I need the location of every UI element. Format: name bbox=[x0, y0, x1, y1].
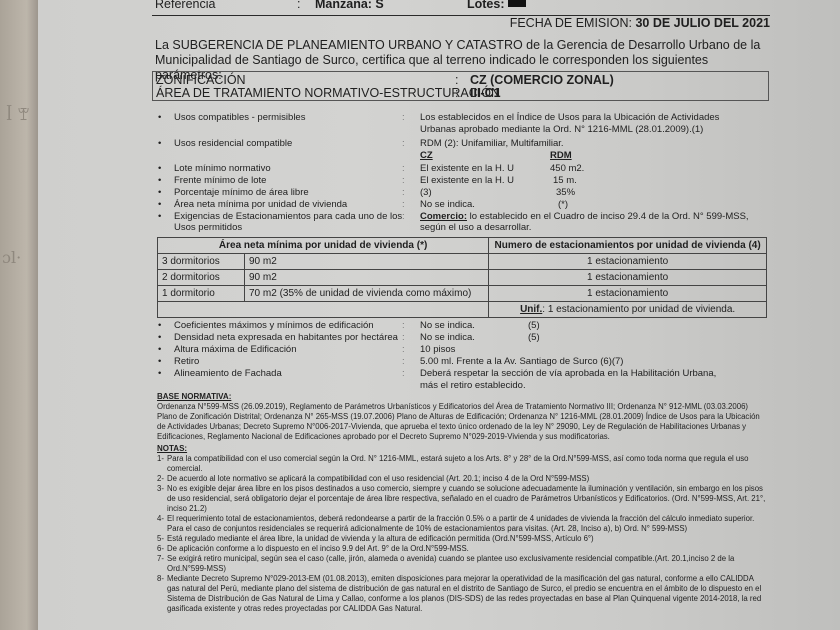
param-value-rdm: 35% bbox=[556, 187, 575, 198]
desk-background bbox=[0, 0, 38, 630]
note-item: 7-Se exigirá retiro municipal, según sea… bbox=[157, 554, 767, 574]
note-item: 8-Mediante Decreto Supremo N°029-2013-EM… bbox=[157, 574, 767, 614]
note-number: 7- bbox=[157, 554, 164, 564]
unif-label: Unif. bbox=[520, 304, 542, 315]
note-item: 5-Está regulado mediante el área libre, … bbox=[157, 534, 767, 544]
bullet-icon: • bbox=[158, 211, 161, 222]
param-value-cz: El existente en la H. U bbox=[420, 163, 514, 174]
table-row: 1 dormitorio 70 m2 (35% de unidad de viv… bbox=[158, 286, 767, 302]
param-label: Área neta mínima por unidad de vivienda bbox=[174, 199, 347, 210]
note-number: 5- bbox=[157, 534, 164, 544]
table-cell-tipo: 1 dormitorio bbox=[158, 286, 245, 302]
param-value-cz: El existente en la H. U bbox=[420, 175, 514, 186]
param-label: Usos permitidos bbox=[174, 222, 242, 233]
column-header-cz: CZ bbox=[420, 150, 433, 161]
bullet-icon: • bbox=[158, 187, 161, 198]
param-label: Exigencias de Estacionamientos para cada… bbox=[174, 211, 402, 222]
note-text: El requerimiento total de estacionamient… bbox=[167, 514, 754, 533]
bullet-icon: • bbox=[158, 332, 161, 343]
param-value-rdm: 15 m. bbox=[553, 175, 577, 186]
note-text: Mediante Decreto Supremo N°029-2013-EM (… bbox=[167, 574, 761, 613]
note-number: 4- bbox=[157, 514, 164, 524]
colon: : bbox=[402, 368, 405, 379]
base-normativa-text: Ordenanza N°599-MSS (26.09.2019), Reglam… bbox=[157, 402, 767, 442]
note-text: Para la compatibilidad con el uso comerc… bbox=[167, 454, 749, 473]
table-header-estacionamientos: Numero de estacionamientos por unidad de… bbox=[489, 238, 767, 254]
colon: : bbox=[402, 332, 405, 343]
note-text: De acuerdo al lote normativo se aplicará… bbox=[167, 474, 589, 483]
area-tratamiento-label: ÁREA DE TRATAMIENTO NORMATIVO-ESTRUCTURA… bbox=[156, 87, 500, 100]
param-label: Altura máxima de Edificación bbox=[174, 344, 297, 355]
table-cell-tipo: 2 dormitorios bbox=[158, 270, 245, 286]
colon: : bbox=[402, 199, 405, 210]
redacted-lotes bbox=[508, 0, 526, 7]
colon: : bbox=[455, 87, 458, 100]
notas-title: NOTAS: bbox=[157, 444, 767, 454]
manzana-value: Manzana: S bbox=[315, 0, 384, 11]
param-value: No se indica. bbox=[420, 332, 475, 343]
table-cell-area: 90 m2 bbox=[245, 270, 489, 286]
issue-date: FECHA DE EMISION: 30 DE JULIO DEL 2021 bbox=[510, 16, 770, 30]
colon: : bbox=[402, 356, 405, 367]
issue-date-value: 30 DE JULIO DEL 2021 bbox=[635, 16, 770, 30]
margin-pencil-mark: ɔl· bbox=[2, 248, 21, 267]
param-value-cz: (3) bbox=[420, 187, 432, 198]
issue-date-label: FECHA DE EMISION: bbox=[510, 16, 632, 30]
param-value-rdm: 450 m2. bbox=[550, 163, 584, 174]
note-number: 6- bbox=[157, 544, 164, 554]
param-label: Alineamiento de Fachada bbox=[174, 368, 282, 379]
zoning-box: ZONIFICACIÓN : CZ (COMERCIO ZONAL) ÁREA … bbox=[152, 71, 769, 101]
param-label: Porcentaje mínimo de área libre bbox=[174, 187, 309, 198]
lotes-label: Lotes: bbox=[467, 0, 505, 11]
colon: : bbox=[402, 320, 405, 331]
colon: : bbox=[402, 211, 405, 222]
table-cell-estacionamiento: 1 estacionamiento bbox=[489, 286, 767, 302]
param-value-rdm: (*) bbox=[558, 199, 568, 210]
bullet-icon: • bbox=[158, 199, 161, 210]
param-value: Deberá respetar la sección de vía aproba… bbox=[420, 368, 716, 379]
param-label: Frente mínimo de lote bbox=[174, 175, 266, 186]
colon: : bbox=[402, 112, 405, 123]
note-item: 4-El requerimiento total de estacionamie… bbox=[157, 514, 767, 534]
param-value: más el retiro establecido. bbox=[420, 380, 526, 391]
colon: : bbox=[402, 344, 405, 355]
unif-text: : 1 estacionamiento por unidad de vivien… bbox=[542, 304, 735, 315]
colon: : bbox=[402, 175, 405, 186]
table-cell-area: 70 m2 (35% de unidad de vivienda como má… bbox=[245, 286, 489, 302]
param-value: Urbanas aprobado mediante la Ord. N° 121… bbox=[420, 124, 703, 135]
param-label: Usos compatibles - permisibles bbox=[174, 112, 305, 123]
bullet-icon: • bbox=[158, 138, 161, 149]
notas-section: NOTAS: 1-Para la compatibilidad con el u… bbox=[157, 444, 767, 614]
param-value: No se indica. bbox=[420, 320, 475, 331]
note-item: 1-Para la compatibilidad con el uso come… bbox=[157, 454, 767, 474]
table-footer-row: Unif.: 1 estacionamiento por unidad de v… bbox=[158, 302, 767, 318]
colon: : bbox=[402, 138, 405, 149]
note-text: Está regulado mediante el área libre, la… bbox=[167, 534, 594, 543]
reference-label: Referencia bbox=[155, 0, 215, 11]
param-label: Coeficientes máximos y mínimos de edific… bbox=[174, 320, 374, 331]
bullet-icon: • bbox=[158, 320, 161, 331]
param-value: 5.00 ml. Frente a la Av. Santiago de Sur… bbox=[420, 356, 623, 367]
note-number: 1- bbox=[157, 454, 164, 464]
param-value: según el uso a desarrollar. bbox=[420, 222, 531, 233]
bullet-icon: • bbox=[158, 112, 161, 123]
param-value-cz: No se indica. bbox=[420, 199, 475, 210]
table-cell-empty bbox=[158, 302, 489, 318]
area-tratamiento-value: III-C1 bbox=[470, 87, 501, 100]
note-item: 3-No es exigible dejar área libre en los… bbox=[157, 484, 767, 514]
param-value: RDM (2): Unifamiliar, Multifamiliar. bbox=[420, 138, 564, 149]
param-value: Los establecidos en el Índice de Usos pa… bbox=[420, 112, 719, 123]
table-row: 2 dormitorios 90 m2 1 estacionamiento bbox=[158, 270, 767, 286]
param-label: Lote mínimo normativo bbox=[174, 163, 271, 174]
table-cell-area: 90 m2 bbox=[245, 254, 489, 270]
param-value: 10 pisos bbox=[420, 344, 455, 355]
base-normativa-title: BASE NORMATIVA: bbox=[157, 392, 767, 402]
param-note: (5) bbox=[528, 332, 540, 343]
note-text: No es exigible dejar área libre en los p… bbox=[167, 484, 765, 513]
note-number: 2- bbox=[157, 474, 164, 484]
margin-pencil-mark: ꟾ ꕛ bbox=[6, 105, 30, 125]
note-text: De aplicación conforme a lo dispuesto en… bbox=[167, 544, 469, 553]
note-number: 3- bbox=[157, 484, 164, 494]
table-cell-tipo: 3 dormitorios bbox=[158, 254, 245, 270]
param-label: Densidad neta expresada en habitantes po… bbox=[174, 332, 398, 343]
table-cell-estacionamiento: 1 estacionamiento bbox=[489, 254, 767, 270]
vivienda-parking-table: Área neta mínima por unidad de vivienda … bbox=[157, 237, 767, 318]
bullet-icon: • bbox=[158, 175, 161, 186]
table-row: 3 dormitorios 90 m2 1 estacionamiento bbox=[158, 254, 767, 270]
colon: : bbox=[402, 163, 405, 174]
base-normativa: BASE NORMATIVA: Ordenanza N°599-MSS (26.… bbox=[157, 392, 767, 442]
bullet-icon: • bbox=[158, 368, 161, 379]
note-item: 2-De acuerdo al lote normativo se aplica… bbox=[157, 474, 767, 484]
note-number: 8- bbox=[157, 574, 164, 584]
bullet-icon: • bbox=[158, 356, 161, 367]
table-header-row: Área neta mínima por unidad de vivienda … bbox=[158, 238, 767, 254]
column-header-rdm: RDM bbox=[550, 150, 572, 161]
colon: : bbox=[402, 187, 405, 198]
param-label: Usos residencial compatible bbox=[174, 138, 292, 149]
table-cell-estacionamiento: 1 estacionamiento bbox=[489, 270, 767, 286]
comercio-text: lo establecido en el Cuadro de inciso 29… bbox=[467, 211, 749, 222]
bullet-icon: • bbox=[158, 344, 161, 355]
param-note: (5) bbox=[528, 320, 540, 331]
table-header-area: Área neta mínima por unidad de vivienda … bbox=[158, 238, 489, 254]
reference-colon: : bbox=[297, 0, 300, 11]
note-item: 6-De aplicación conforme a lo dispuesto … bbox=[157, 544, 767, 554]
param-label: Retiro bbox=[174, 356, 199, 367]
note-text: Se exigirá retiro municipal, según sea e… bbox=[167, 554, 734, 573]
comercio-label: Comercio: bbox=[420, 211, 467, 222]
bullet-icon: • bbox=[158, 163, 161, 174]
table-cell-unifamiliar: Unif.: 1 estacionamiento por unidad de v… bbox=[489, 302, 767, 318]
param-value: Comercio: lo establecido en el Cuadro de… bbox=[420, 211, 749, 222]
